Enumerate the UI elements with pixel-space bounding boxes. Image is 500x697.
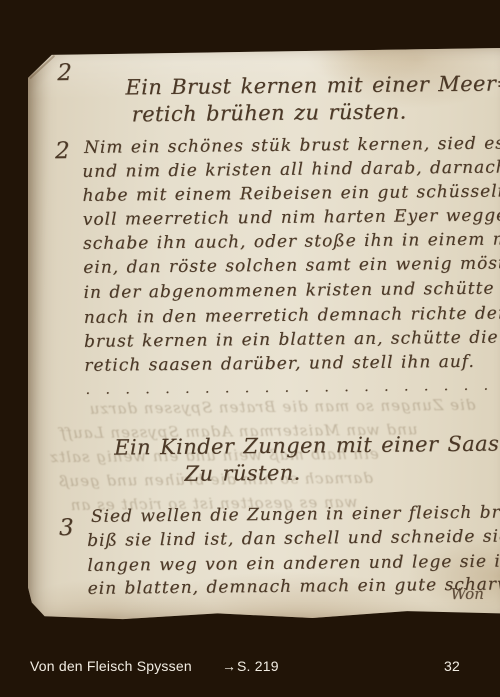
manuscript-text-line: ein, dan röste solchen samt ein wenig mö… <box>83 255 500 276</box>
manuscript-text-line: voll meerretich und nim harten Eyer wegg… <box>83 207 500 229</box>
recipe-heading-line: retich brühen zu rüsten. <box>132 102 407 126</box>
ink-layer: die Zungen so man die Braten Spyssen dar… <box>25 46 500 625</box>
page-number: 32 <box>444 659 460 673</box>
margin-number: 2 <box>55 140 70 163</box>
dotted-divider: . . . . . . . . . . . . . . . . . . . . … <box>85 378 500 397</box>
manuscript-page: die Zungen so man die Braten Spyssen dar… <box>28 48 500 622</box>
manuscript-text-line: biß sie lind ist, dan schell und schneid… <box>87 528 500 550</box>
manuscript-text-line: schabe ihn auch, oder stoße ihn in einem… <box>83 231 500 253</box>
manuscript-text-line: retich saasen darüber, und stell ihn auf… <box>84 354 475 375</box>
page-reference: S. 219 <box>237 659 279 673</box>
caption-title: Von den Fleisch Spyssen <box>30 659 192 673</box>
margin-number: 3 <box>59 517 74 540</box>
manuscript-text-line: habe mit einem Reibeisen ein gut schüsse… <box>82 183 500 204</box>
caption-bar: Von den Fleisch Spyssen → S. 219 32 <box>0 640 500 697</box>
manuscript-photo: die Zungen so man die Braten Spyssen dar… <box>0 0 500 697</box>
recipe-heading-line: Ein Brust kernen mit einer Meer= <box>125 73 500 98</box>
bleedthrough-line: die Zungen so man die Braten Spyssen dar… <box>89 398 476 417</box>
manuscript-text-line: ein blatten, demnach mach ein gute schar… <box>88 576 500 598</box>
manuscript-text-line: nach in den meerretich demnach richte de… <box>84 305 500 326</box>
recipe-heading-line: Ein Kinder Zungen mit einer Saasen <box>114 433 500 458</box>
recipe-heading-line: Zu rüsten. <box>184 463 300 485</box>
arrow-right-icon: → <box>222 659 236 673</box>
manuscript-text-line: brust kernen in ein blatten an, schütte … <box>84 329 500 351</box>
manuscript-text-line: langen weg von ein anderen und lege sie … <box>87 553 500 574</box>
catchword: Won <box>451 587 484 602</box>
margin-number: 2 <box>57 62 72 85</box>
manuscript-text-line: in der abgenommenen kristen und schütte … <box>83 280 500 302</box>
manuscript-text-line: Nim ein schönes stük brust kernen, sied … <box>84 135 500 156</box>
manuscript-text-line: und nim die kristen all hind darab, darn… <box>82 159 500 180</box>
manuscript-text-line: Sied wellen die Zungen in einer fleisch … <box>91 504 500 526</box>
